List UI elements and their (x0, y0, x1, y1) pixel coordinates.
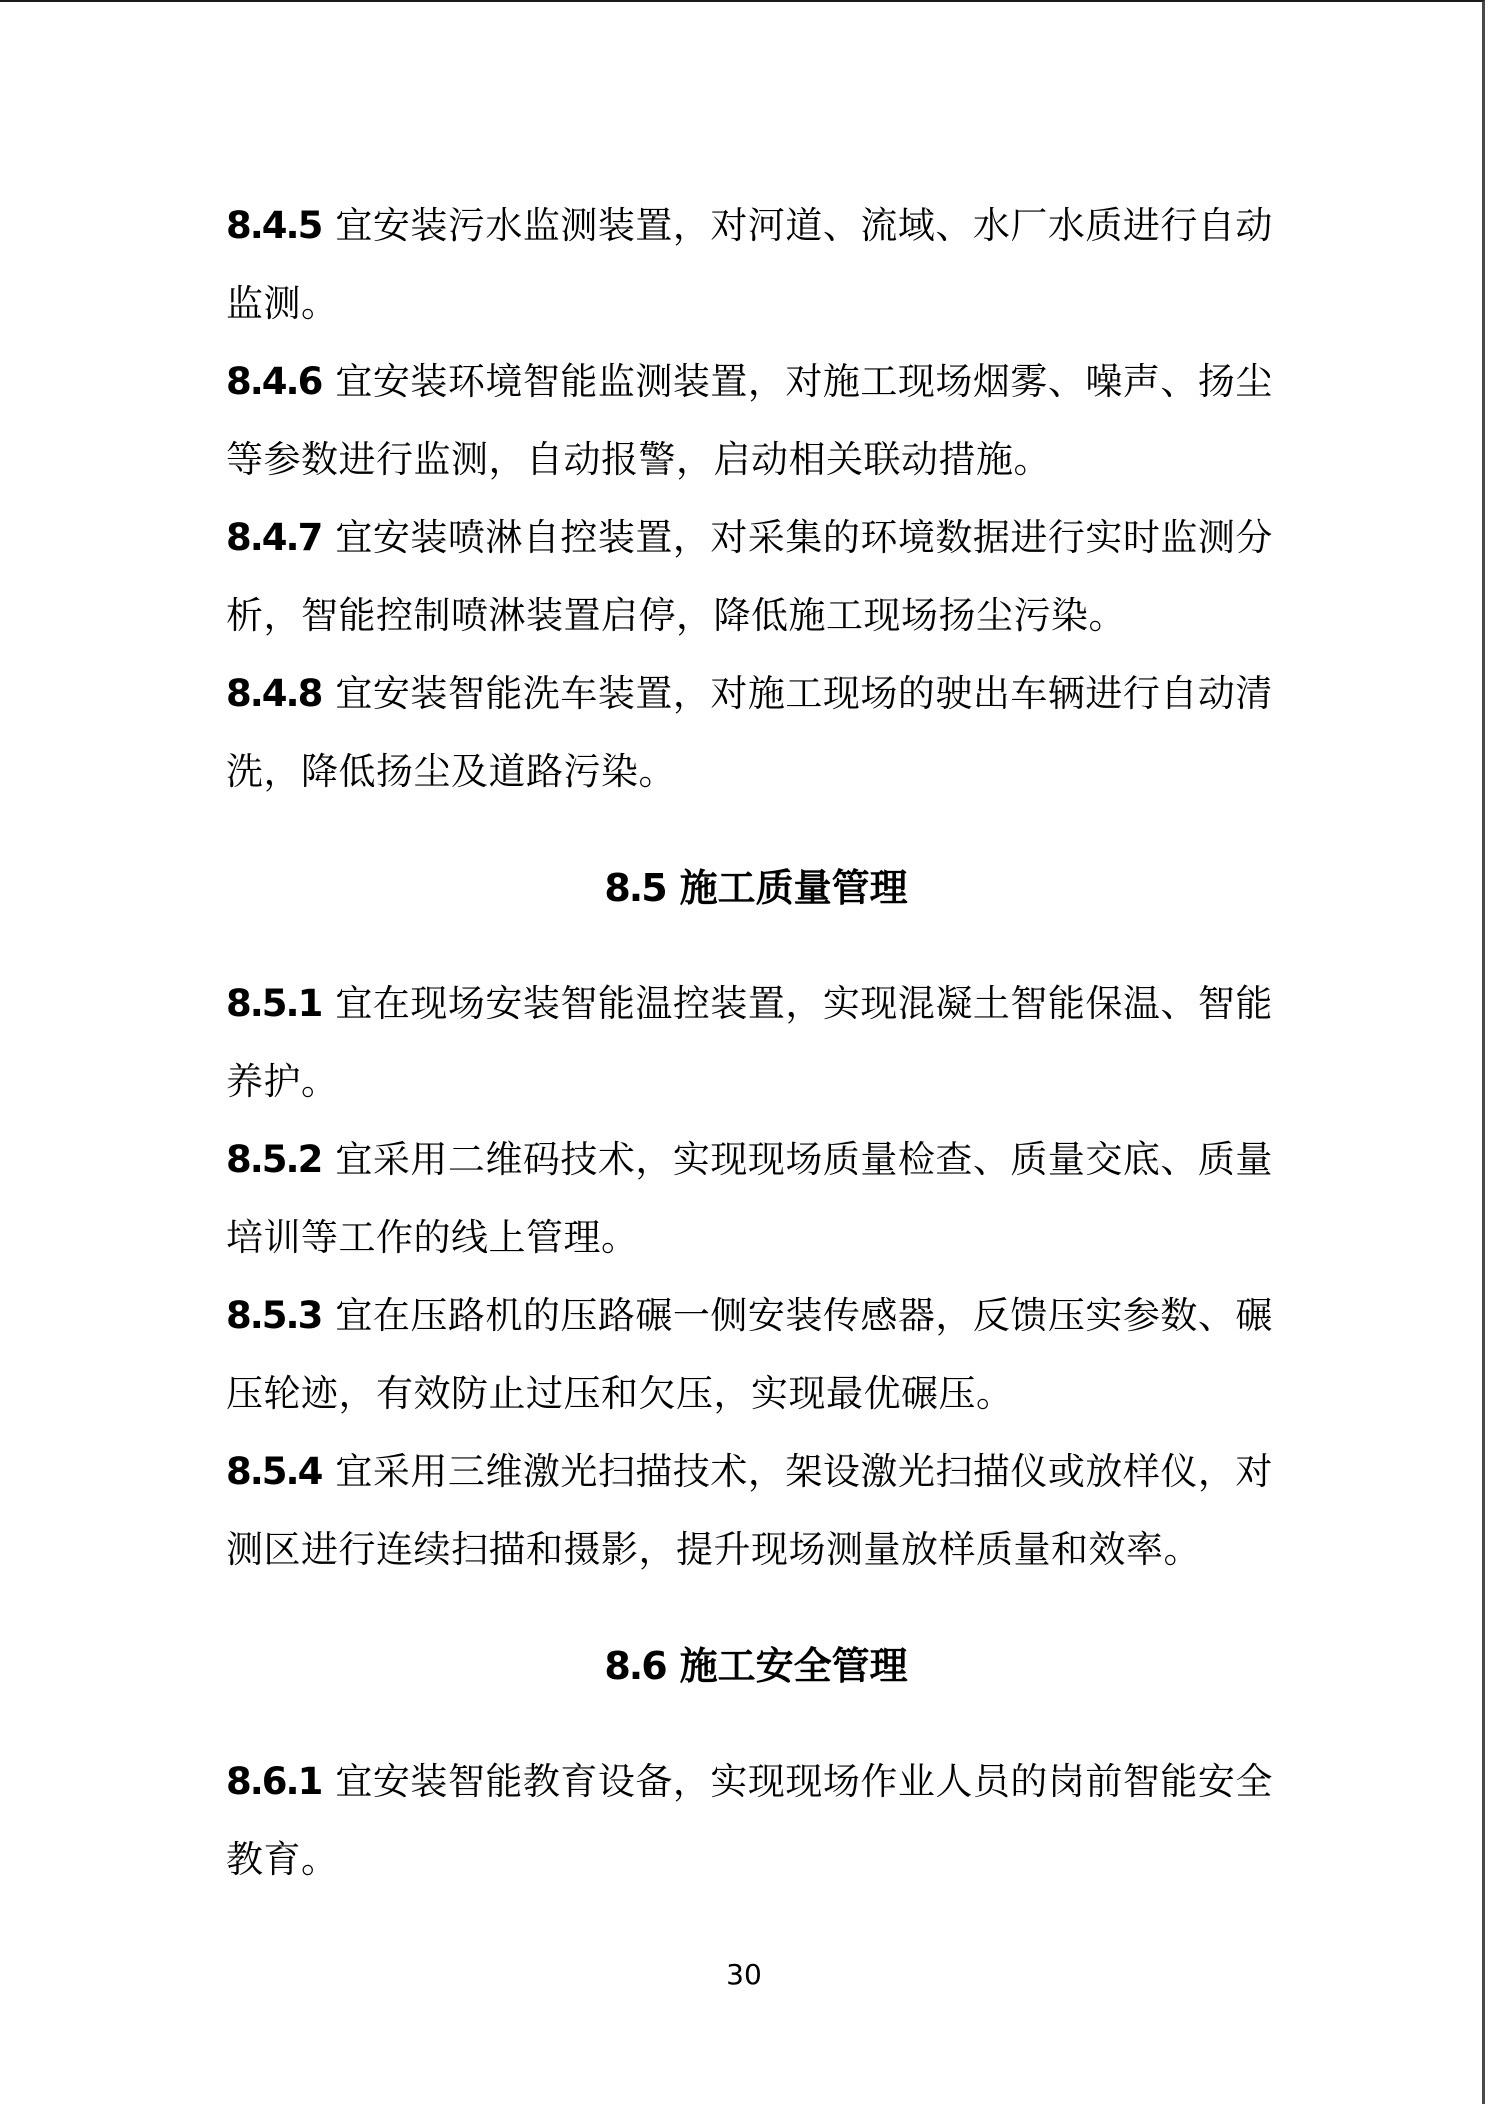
clause-number: 8.5.1 (226, 982, 321, 1025)
section-number: 8.5 (604, 866, 665, 910)
clause-number: 8.4.8 (226, 672, 321, 715)
document-page: 8.4.5宜安装污水监测装置，对河道、流域、水厂水质进行自动监测。 8.4.6宜… (0, 0, 1485, 2104)
clause-text: 宜安装喷淋自控装置，对采集的环境数据进行实时监测分析，智能控制喷淋装置启停，降低… (226, 516, 1273, 637)
clause-text: 宜安装智能洗车装置，对施工现场的驶出车辆进行自动清洗，降低扬尘及道路污染。 (226, 672, 1273, 793)
page-content: 8.4.5宜安装污水监测装置，对河道、流域、水厂水质进行自动监测。 8.4.6宜… (226, 187, 1286, 1899)
clause-text: 宜安装污水监测装置，对河道、流域、水厂水质进行自动监测。 (226, 204, 1273, 325)
page-number: 30 (0, 1957, 1488, 1993)
clause-8-5-2: 8.5.2宜采用二维码技术，实现现场质量检查、质量交底、质量培训等工作的线上管理… (226, 1121, 1286, 1277)
clause-8-4-8: 8.4.8宜安装智能洗车装置，对施工现场的驶出车辆进行自动清洗，降低扬尘及道路污… (226, 655, 1286, 811)
section-number: 8.6 (604, 1644, 665, 1688)
clause-8-5-4: 8.5.4宜采用三维激光扫描技术，架设激光扫描仪或放样仪，对测区进行连续扫描和摄… (226, 1433, 1286, 1589)
clause-number: 8.4.6 (226, 360, 321, 403)
clause-number: 8.5.2 (226, 1138, 321, 1181)
clause-8-4-6: 8.4.6宜安装环境智能监测装置，对施工现场烟雾、噪声、扬尘等参数进行监测，自动… (226, 343, 1286, 499)
clause-8-5-3: 8.5.3宜在压路机的压路碾一侧安装传感器，反馈压实参数、碾压轮迹，有效防止过压… (226, 1277, 1286, 1433)
clause-text: 宜安装环境智能监测装置，对施工现场烟雾、噪声、扬尘等参数进行监测，自动报警，启动… (226, 360, 1273, 481)
section-title: 施工安全管理 (680, 1644, 908, 1688)
clause-8-5-1: 8.5.1宜在现场安装智能温控装置，实现混凝土智能保温、智能养护。 (226, 965, 1286, 1121)
section-heading-8-6: 8.6施工安全管理 (226, 1627, 1286, 1705)
clause-8-4-5: 8.4.5宜安装污水监测装置，对河道、流域、水厂水质进行自动监测。 (226, 187, 1286, 343)
clause-number: 8.4.5 (226, 204, 321, 247)
clause-number: 8.5.3 (226, 1294, 321, 1337)
clause-text: 宜在现场安装智能温控装置，实现混凝土智能保温、智能养护。 (226, 982, 1273, 1103)
clause-text: 宜在压路机的压路碾一侧安装传感器，反馈压实参数、碾压轮迹，有效防止过压和欠压，实… (226, 1294, 1273, 1415)
clause-number: 8.4.7 (226, 516, 321, 559)
clause-text: 宜采用三维激光扫描技术，架设激光扫描仪或放样仪，对测区进行连续扫描和摄影，提升现… (226, 1450, 1273, 1571)
clause-text: 宜采用二维码技术，实现现场质量检查、质量交底、质量培训等工作的线上管理。 (226, 1138, 1273, 1259)
clause-text: 宜安装智能教育设备，实现现场作业人员的岗前智能安全教育。 (226, 1760, 1273, 1881)
clause-number: 8.5.4 (226, 1450, 321, 1493)
clause-8-6-1: 8.6.1宜安装智能教育设备，实现现场作业人员的岗前智能安全教育。 (226, 1743, 1286, 1899)
clause-number: 8.6.1 (226, 1760, 321, 1803)
clause-8-4-7: 8.4.7宜安装喷淋自控装置，对采集的环境数据进行实时监测分析，智能控制喷淋装置… (226, 499, 1286, 655)
section-title: 施工质量管理 (680, 866, 908, 910)
section-heading-8-5: 8.5施工质量管理 (226, 849, 1286, 927)
